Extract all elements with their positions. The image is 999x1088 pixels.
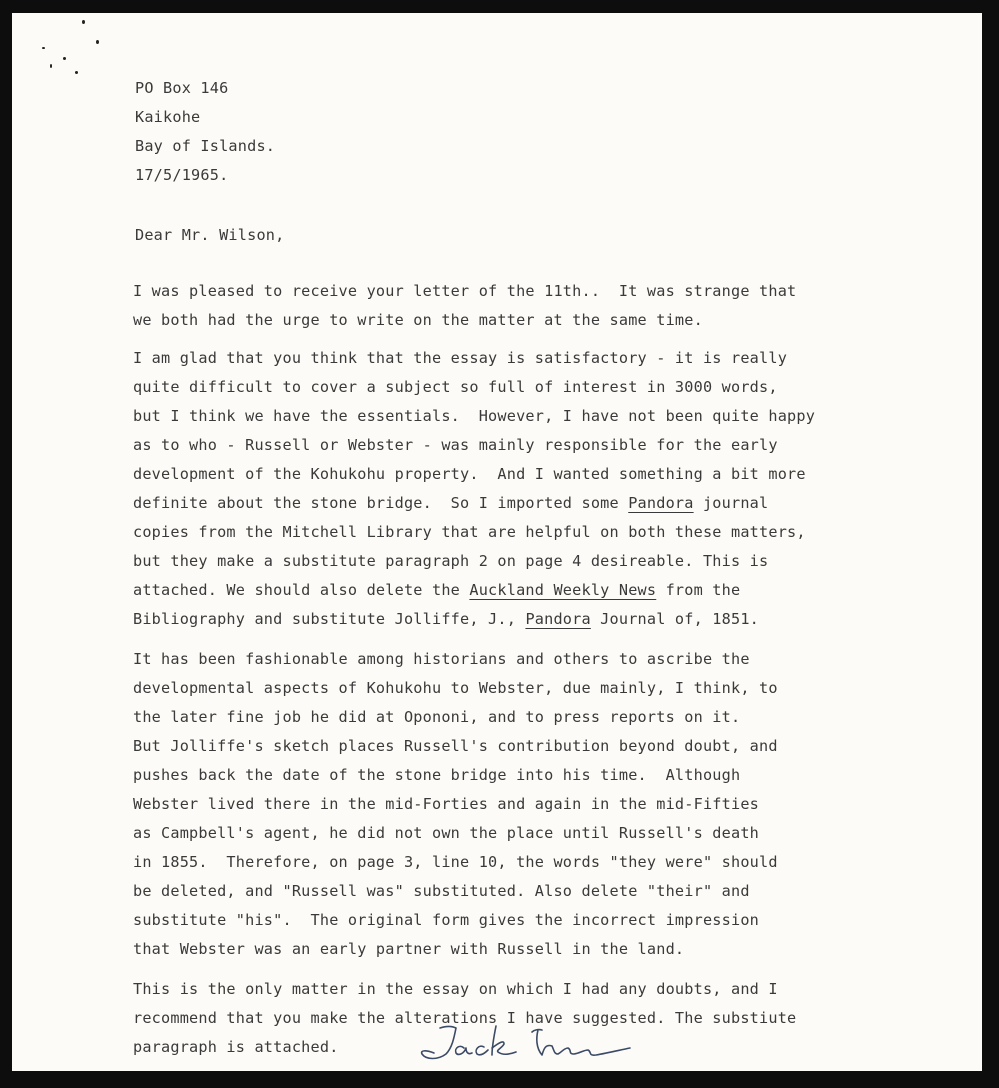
line-text: Bibliography and substitute Jolliffe, J.…	[133, 610, 525, 628]
line-text: as Campbell's agent, he did not own the …	[133, 824, 759, 842]
line-text: but they make a substitute paragraph 2 o…	[133, 552, 768, 570]
line-text: journal	[694, 494, 769, 512]
line-text: attached. We should also delete the	[133, 581, 469, 599]
underlined-title: Pandora	[628, 494, 693, 512]
line-text: quite difficult to cover a subject so fu…	[133, 378, 778, 396]
line-text: definite about the stone bridge. So I im…	[133, 494, 628, 512]
letter-line: as Campbell's agent, he did not own the …	[133, 824, 759, 842]
address-line: Bay of Islands.	[135, 137, 275, 155]
line-text: substitute "his". The original form give…	[133, 911, 759, 929]
line-text: as to who - Russell or Webster - was mai…	[133, 436, 778, 454]
line-text: in 1855. Therefore, on page 3, line 10, …	[133, 853, 778, 871]
line-text: Journal of, 1851.	[591, 610, 759, 628]
paper-speck	[82, 20, 85, 24]
letter-line: but they make a substitute paragraph 2 o…	[133, 552, 768, 570]
line-text: copies from the Mitchell Library that ar…	[133, 523, 806, 541]
line-text: from the	[656, 581, 740, 599]
underlined-title: Pandora	[525, 610, 590, 628]
line-text: the later fine job he did at Opononi, an…	[133, 708, 740, 726]
line-text: but I think we have the essentials. Howe…	[133, 407, 815, 425]
paper-speck	[96, 40, 99, 44]
letter-line: I am glad that you think that the essay …	[133, 349, 787, 367]
line-text: Webster lived there in the mid-Forties a…	[133, 795, 759, 813]
address-line: PO Box 146	[135, 79, 228, 97]
letter-line: that Webster was an early partner with R…	[133, 940, 684, 958]
letter-line: Webster lived there in the mid-Forties a…	[133, 795, 759, 813]
letter-line: But Jolliffe's sketch places Russell's c…	[133, 737, 778, 755]
line-text: paragraph is attached.	[133, 1038, 339, 1056]
address-line: Kaikohe	[135, 108, 200, 126]
underlined-title: Auckland Weekly News	[469, 581, 656, 599]
letter-line: Bibliography and substitute Jolliffe, J.…	[133, 610, 759, 628]
salutation: Dear Mr. Wilson,	[135, 226, 285, 244]
letter-line: in 1855. Therefore, on page 3, line 10, …	[133, 853, 778, 871]
letter-line: It has been fashionable among historians…	[133, 650, 750, 668]
letter-line: I was pleased to receive your letter of …	[133, 282, 796, 300]
line-text: I was pleased to receive your letter of …	[133, 282, 796, 300]
line-text: But Jolliffe's sketch places Russell's c…	[133, 737, 778, 755]
letter-line: be deleted, and "Russell was" substitute…	[133, 882, 750, 900]
letter-line: development of the Kohukohu property. An…	[133, 465, 806, 483]
letter-line: attached. We should also delete the Auck…	[133, 581, 740, 599]
line-text: I am glad that you think that the essay …	[133, 349, 787, 367]
letter-line: as to who - Russell or Webster - was mai…	[133, 436, 778, 454]
line-text: It has been fashionable among historians…	[133, 650, 750, 668]
line-text: developmental aspects of Kohukohu to Web…	[133, 679, 778, 697]
letter-line: definite about the stone bridge. So I im…	[133, 494, 768, 512]
letter-line: copies from the Mitchell Library that ar…	[133, 523, 806, 541]
letter-line: we both had the urge to write on the mat…	[133, 311, 703, 329]
letter-line: This is the only matter in the essay on …	[133, 980, 778, 998]
line-text: This is the only matter in the essay on …	[133, 980, 778, 998]
letter-line: developmental aspects of Kohukohu to Web…	[133, 679, 778, 697]
letter-line: the later fine job he did at Opononi, an…	[133, 708, 740, 726]
letter-line: pushes back the date of the stone bridge…	[133, 766, 740, 784]
line-text: we both had the urge to write on the mat…	[133, 311, 703, 329]
paper-speck	[50, 64, 52, 68]
paper-speck	[63, 57, 66, 60]
handwritten-signature	[412, 1020, 642, 1068]
letter-line: substitute "his". The original form give…	[133, 911, 759, 929]
letter-date: 17/5/1965.	[135, 166, 228, 184]
line-text: be deleted, and "Russell was" substitute…	[133, 882, 750, 900]
letter-line: paragraph is attached.	[133, 1038, 339, 1056]
letter-line: quite difficult to cover a subject so fu…	[133, 378, 778, 396]
line-text: development of the Kohukohu property. An…	[133, 465, 806, 483]
letter-line: but I think we have the essentials. Howe…	[133, 407, 815, 425]
line-text: that Webster was an early partner with R…	[133, 940, 684, 958]
line-text: pushes back the date of the stone bridge…	[133, 766, 740, 784]
paper-speck	[75, 71, 78, 74]
paper-speck	[42, 47, 45, 49]
